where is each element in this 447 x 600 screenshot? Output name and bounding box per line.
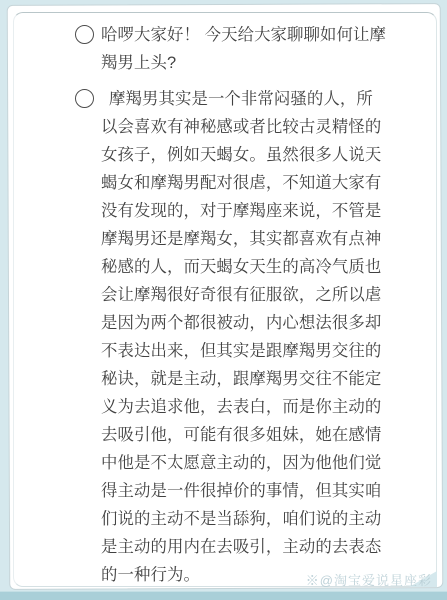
text-line: 秘诀，就是主动，跟摩羯男交往不能定: [101, 365, 426, 393]
note-card: 哈啰大家好！ 今天给大家聊聊如何让摩 羯男上头? 摩羯男其实是一个非常闷骚的人，…: [13, 12, 437, 587]
text-line: 哈啰大家好！ 今天给大家聊聊如何让摩: [101, 21, 426, 49]
text-line: 不表达出来，但其实是跟摩羯男交往的: [101, 337, 426, 365]
text-line: 摩羯男还是摩羯女，其实都喜欢有点神: [101, 225, 426, 253]
text-line: 秘感的人，而天蝎女天生的高冷气质也: [101, 253, 426, 281]
background-bottom-strip: [0, 591, 447, 600]
text-line: 会让摩羯很好奇很有征服欲，之所以虐: [101, 281, 426, 309]
text-line: 去吸引他，可能有很多姐妹，她在感情: [101, 421, 426, 449]
bullet-item-intro: 哈啰大家好！ 今天给大家聊聊如何让摩 羯男上头?: [101, 21, 426, 77]
text-line: 得主动是一件很掉价的事情，但其实咱: [101, 477, 426, 505]
text-line: 蝎女和摩羯男配对很虐，不知道大家有: [101, 169, 426, 197]
page-background: 哈啰大家好！ 今天给大家聊聊如何让摩 羯男上头? 摩羯男其实是一个非常闷骚的人，…: [0, 0, 447, 600]
text-line: 没有发现的，对于摩羯座来说，不管是: [101, 197, 426, 225]
text-line: 以会喜欢有神秘感或者比较古灵精怪的: [101, 113, 426, 141]
watermark: ※@淘宝爱说星座彩: [306, 570, 432, 589]
note-content: 哈啰大家好！ 今天给大家聊聊如何让摩 羯男上头? 摩羯男其实是一个非常闷骚的人，…: [14, 13, 436, 587]
text-line: 女孩子，例如天蝎女。虽然很多人说天: [101, 141, 426, 169]
bullet-circle-icon: [75, 25, 94, 44]
text-line: 中他是不太愿意主动的，因为他他们觉: [101, 449, 426, 477]
bullet-item-main: 摩羯男其实是一个非常闷骚的人，所 以会喜欢有神秘感或者比较古灵精怪的 女孩子，例…: [101, 85, 426, 587]
text-line: 羯男上头?: [101, 49, 426, 77]
text-line: 是主动的用内在去吸引，主动的去表态: [101, 533, 426, 561]
text-line: 是因为两个都很被动，内心想法很多却: [101, 309, 426, 337]
text-line: 义为去追求他，去表白，而是你主动的: [101, 393, 426, 421]
text-line: 们说的主动不是当舔狗，咱们说的主动: [101, 505, 426, 533]
text-line: 摩羯男其实是一个非常闷骚的人，所: [101, 85, 426, 113]
bullet-circle-icon: [75, 89, 94, 108]
